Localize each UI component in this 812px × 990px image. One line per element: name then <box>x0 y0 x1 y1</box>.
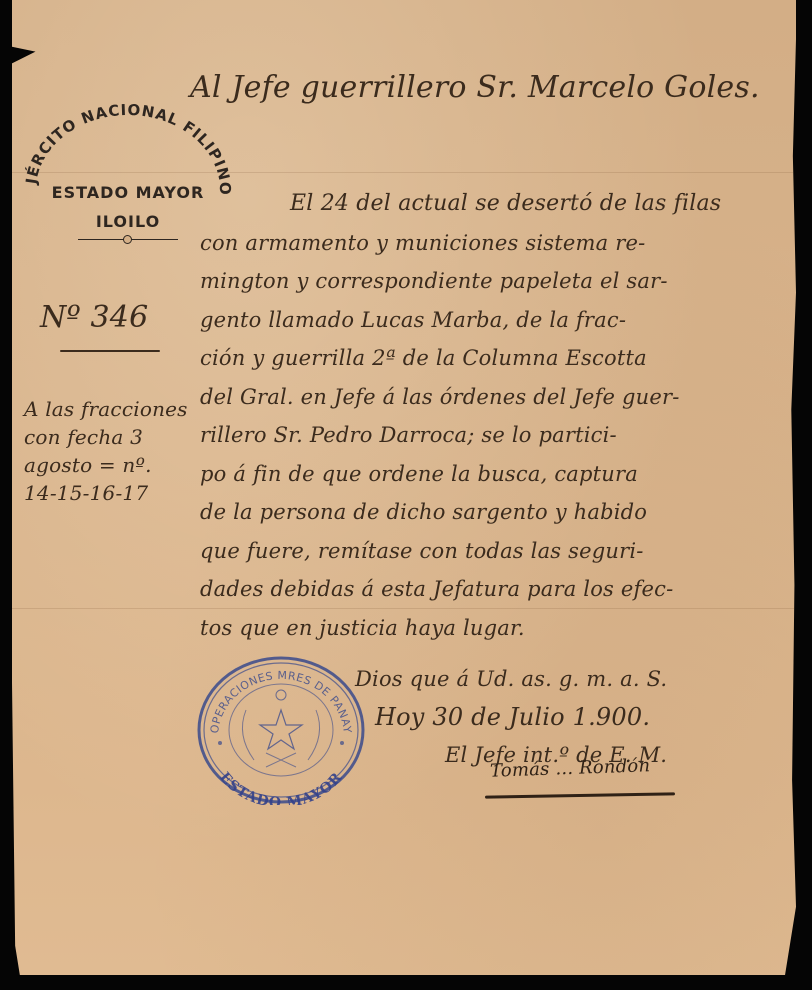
body-line: que fuere, remítase con todas las seguri… <box>200 532 790 571</box>
body-line: rillero Sr. Pedro Darroca; se lo partici… <box>200 416 790 455</box>
seal-stamp: OPERACIONES MRES DE PANAY ESTADO MAYOR <box>196 655 366 805</box>
svg-text:EJÉRCITO NACIONAL FILIPINO: EJÉRCITO NACIONAL FILIPINO <box>18 95 234 196</box>
body-line: mington y correspondiente papeleta el sa… <box>200 262 790 301</box>
svg-text:ESTADO MAYOR: ESTADO MAYOR <box>216 769 346 805</box>
body-line: tos que en justicia haya lugar. <box>200 609 790 648</box>
salutation: Al Jefe guerrillero Sr. Marcelo Goles. <box>190 70 760 105</box>
reference-number: Nº 346 <box>40 300 148 335</box>
reference-underline <box>60 350 160 352</box>
body-line: dades debidas á esta Jefatura para los e… <box>200 570 790 609</box>
seal-graphic: OPERACIONES MRES DE PANAY ESTADO MAYOR <box>196 655 366 805</box>
svg-text:OPERACIONES MRES DE PANAY: OPERACIONES MRES DE PANAY <box>208 669 354 734</box>
closing-blessing: Dios que á Ud. as. g. m. a. S. <box>355 660 667 698</box>
margin-note-line: con fecha 3 <box>24 423 188 451</box>
body-line: del Gral. en Jefe á las órdenes del Jefe… <box>200 378 790 417</box>
margin-note-line: A las fracciones <box>24 395 188 423</box>
body-line: ción y guerrilla 2ª de la Columna Escott… <box>200 339 790 378</box>
closing-date: Hoy 30 de Julio 1.900. <box>355 698 667 736</box>
margin-note-line: 14-15-16-17 <box>24 479 188 507</box>
body-line: de la persona de dicho sargento y habido <box>200 493 790 532</box>
body-line: gento llamado Lucas Marba, de la frac- <box>200 301 790 340</box>
margin-note: A las fracciones con fecha 3 agosto = nº… <box>24 395 188 507</box>
body-line: con armamento y municiones sistema re- <box>200 224 790 263</box>
letter-body: El 24 del actual se desertó de las filas… <box>200 185 790 647</box>
body-line: El 24 del actual se desertó de las filas <box>200 185 790 224</box>
margin-note-line: agosto = nº. <box>24 451 188 479</box>
body-line: po á fin de que ordene la busca, captura <box>200 455 790 494</box>
letterhead-ornament <box>123 235 132 244</box>
star-icon <box>260 710 302 749</box>
